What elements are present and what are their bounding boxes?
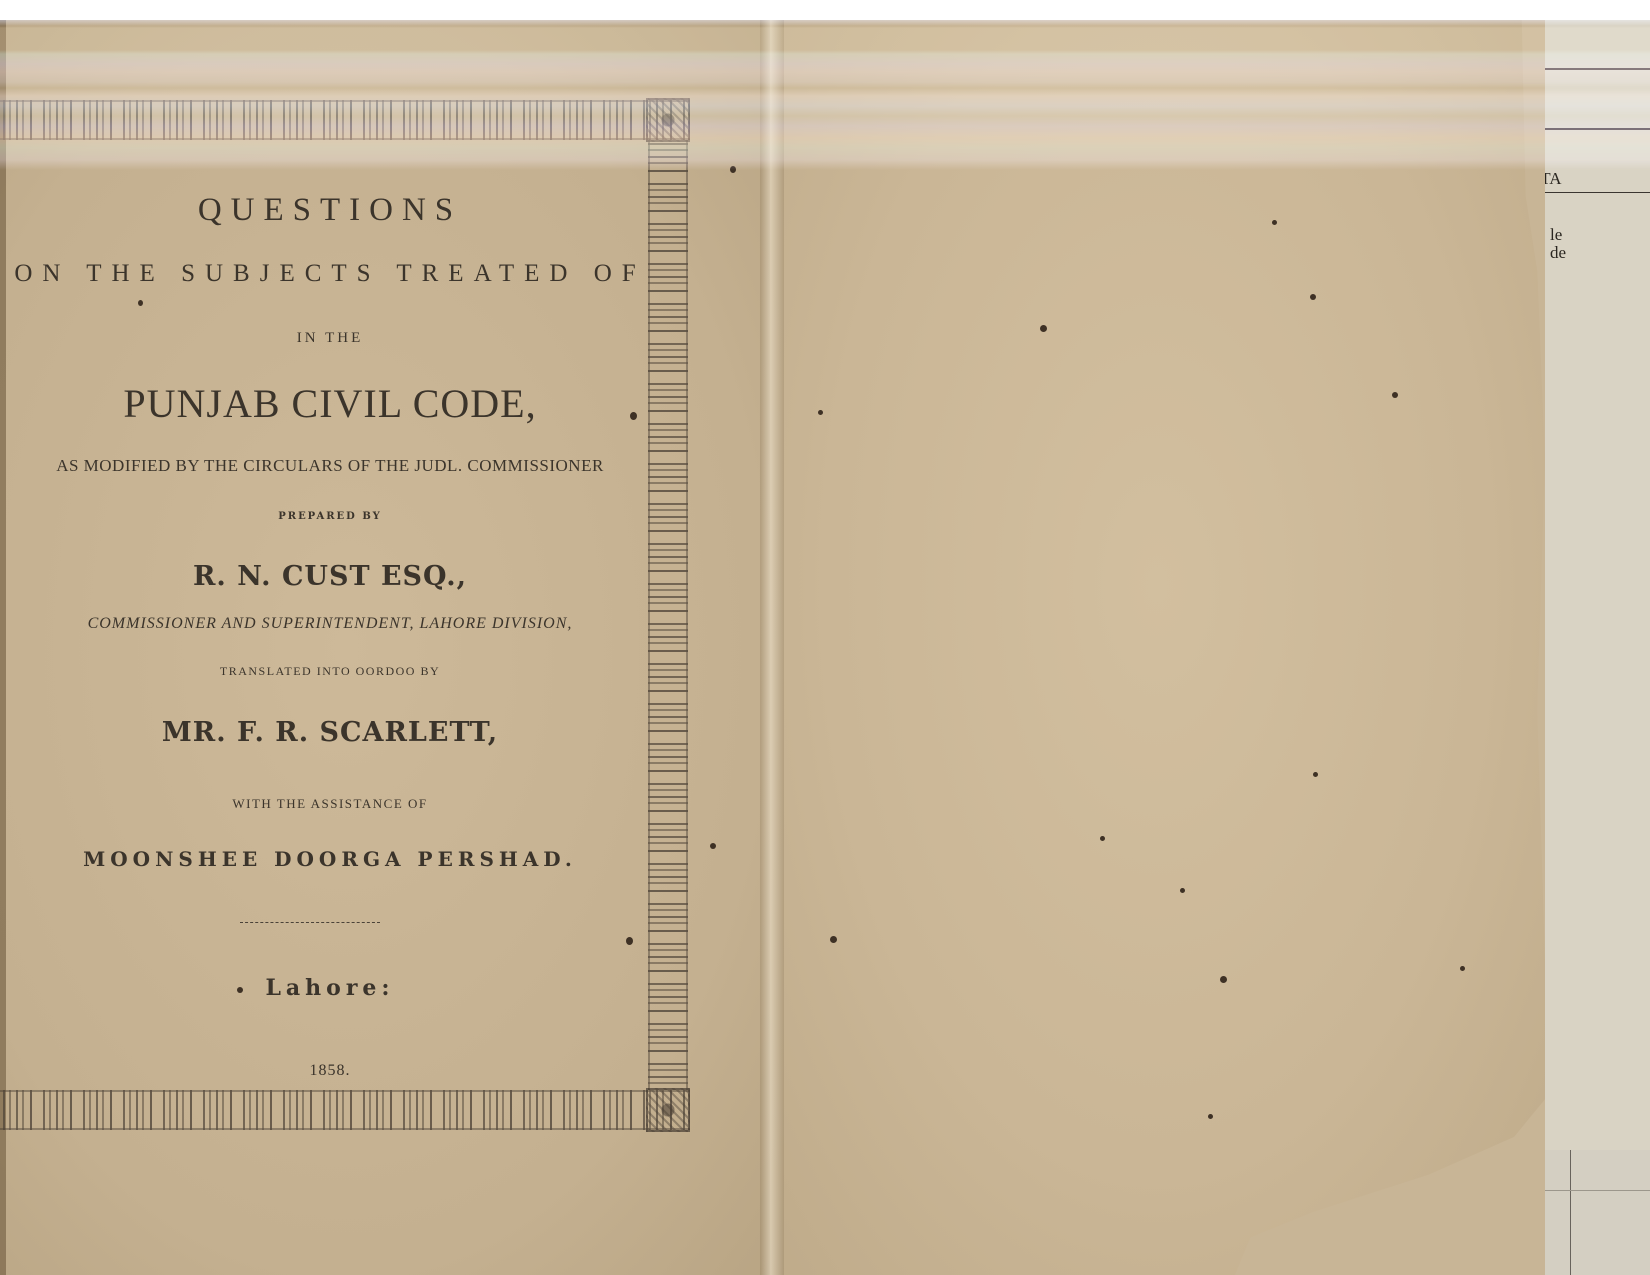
foxing-spot	[1313, 772, 1318, 777]
foxing-spot	[237, 987, 243, 993]
title-line-subjects: ON THE SUBJECTS TREATED OF	[0, 260, 660, 288]
title-line-questions: QUESTIONS	[0, 192, 660, 229]
foxing-spot	[630, 412, 637, 420]
foxing-spot	[1220, 976, 1227, 983]
foxing-spot	[1460, 966, 1465, 971]
decorative-rule	[240, 922, 380, 924]
foxing-spot	[626, 937, 633, 945]
publication-year: 1858.	[0, 1062, 660, 1080]
ornament-corner-icon	[646, 1088, 690, 1132]
ornamental-border-top	[0, 100, 690, 140]
book-gutter-fold	[760, 20, 784, 1275]
foxing-spot	[730, 166, 736, 173]
foxing-spot	[1040, 325, 1047, 332]
foxing-spot	[818, 410, 823, 415]
foxing-spot	[1392, 392, 1398, 398]
foxing-spot	[1208, 1114, 1213, 1119]
assistant-name: MOONSHEE DOORGA PERSHAD.	[0, 847, 660, 871]
assistance-label: WITH THE ASSISTANCE OF	[0, 796, 660, 812]
foxing-spot	[1180, 888, 1185, 893]
ornamental-border-bottom	[0, 1090, 690, 1130]
prepared-by-label: PREPARED BY	[0, 511, 660, 522]
foxing-spot	[830, 936, 837, 943]
foxing-spot	[710, 843, 716, 849]
ledger-rule	[1570, 1150, 1571, 1275]
foxing-spot	[1272, 220, 1277, 225]
subtitle: AS MODIFIED BY THE CIRCULARS OF THE JUDL…	[0, 456, 660, 476]
main-title: PUNJAB CIVIL CODE,	[0, 380, 660, 427]
title-page: QUESTIONS ON THE SUBJECTS TREATED OF IN …	[0, 20, 770, 1275]
translator-name: MR. F. R. SCARLETT,	[0, 717, 660, 748]
foxing-spot	[1100, 836, 1105, 841]
ledger-text: le	[1550, 226, 1562, 244]
book-spread: QUESTIONS ON THE SUBJECTS TREATED OF IN …	[0, 20, 1545, 1275]
blank-facing-page	[770, 20, 1545, 1275]
publication-place: Lahore:	[0, 975, 660, 1001]
author-name: R. N. CUST ESQ.,	[0, 561, 660, 592]
author-title: COMMISSIONER AND SUPERINTENDENT, LAHORE …	[0, 615, 660, 633]
ornament-corner-icon	[646, 98, 690, 142]
ledger-text: de	[1550, 244, 1566, 262]
title-line-in-the: IN THE	[0, 330, 660, 347]
translated-label: TRANSLATED INTO OORDOO BY	[0, 664, 660, 679]
foxing-spot	[138, 300, 143, 306]
foxing-spot	[1310, 294, 1316, 300]
